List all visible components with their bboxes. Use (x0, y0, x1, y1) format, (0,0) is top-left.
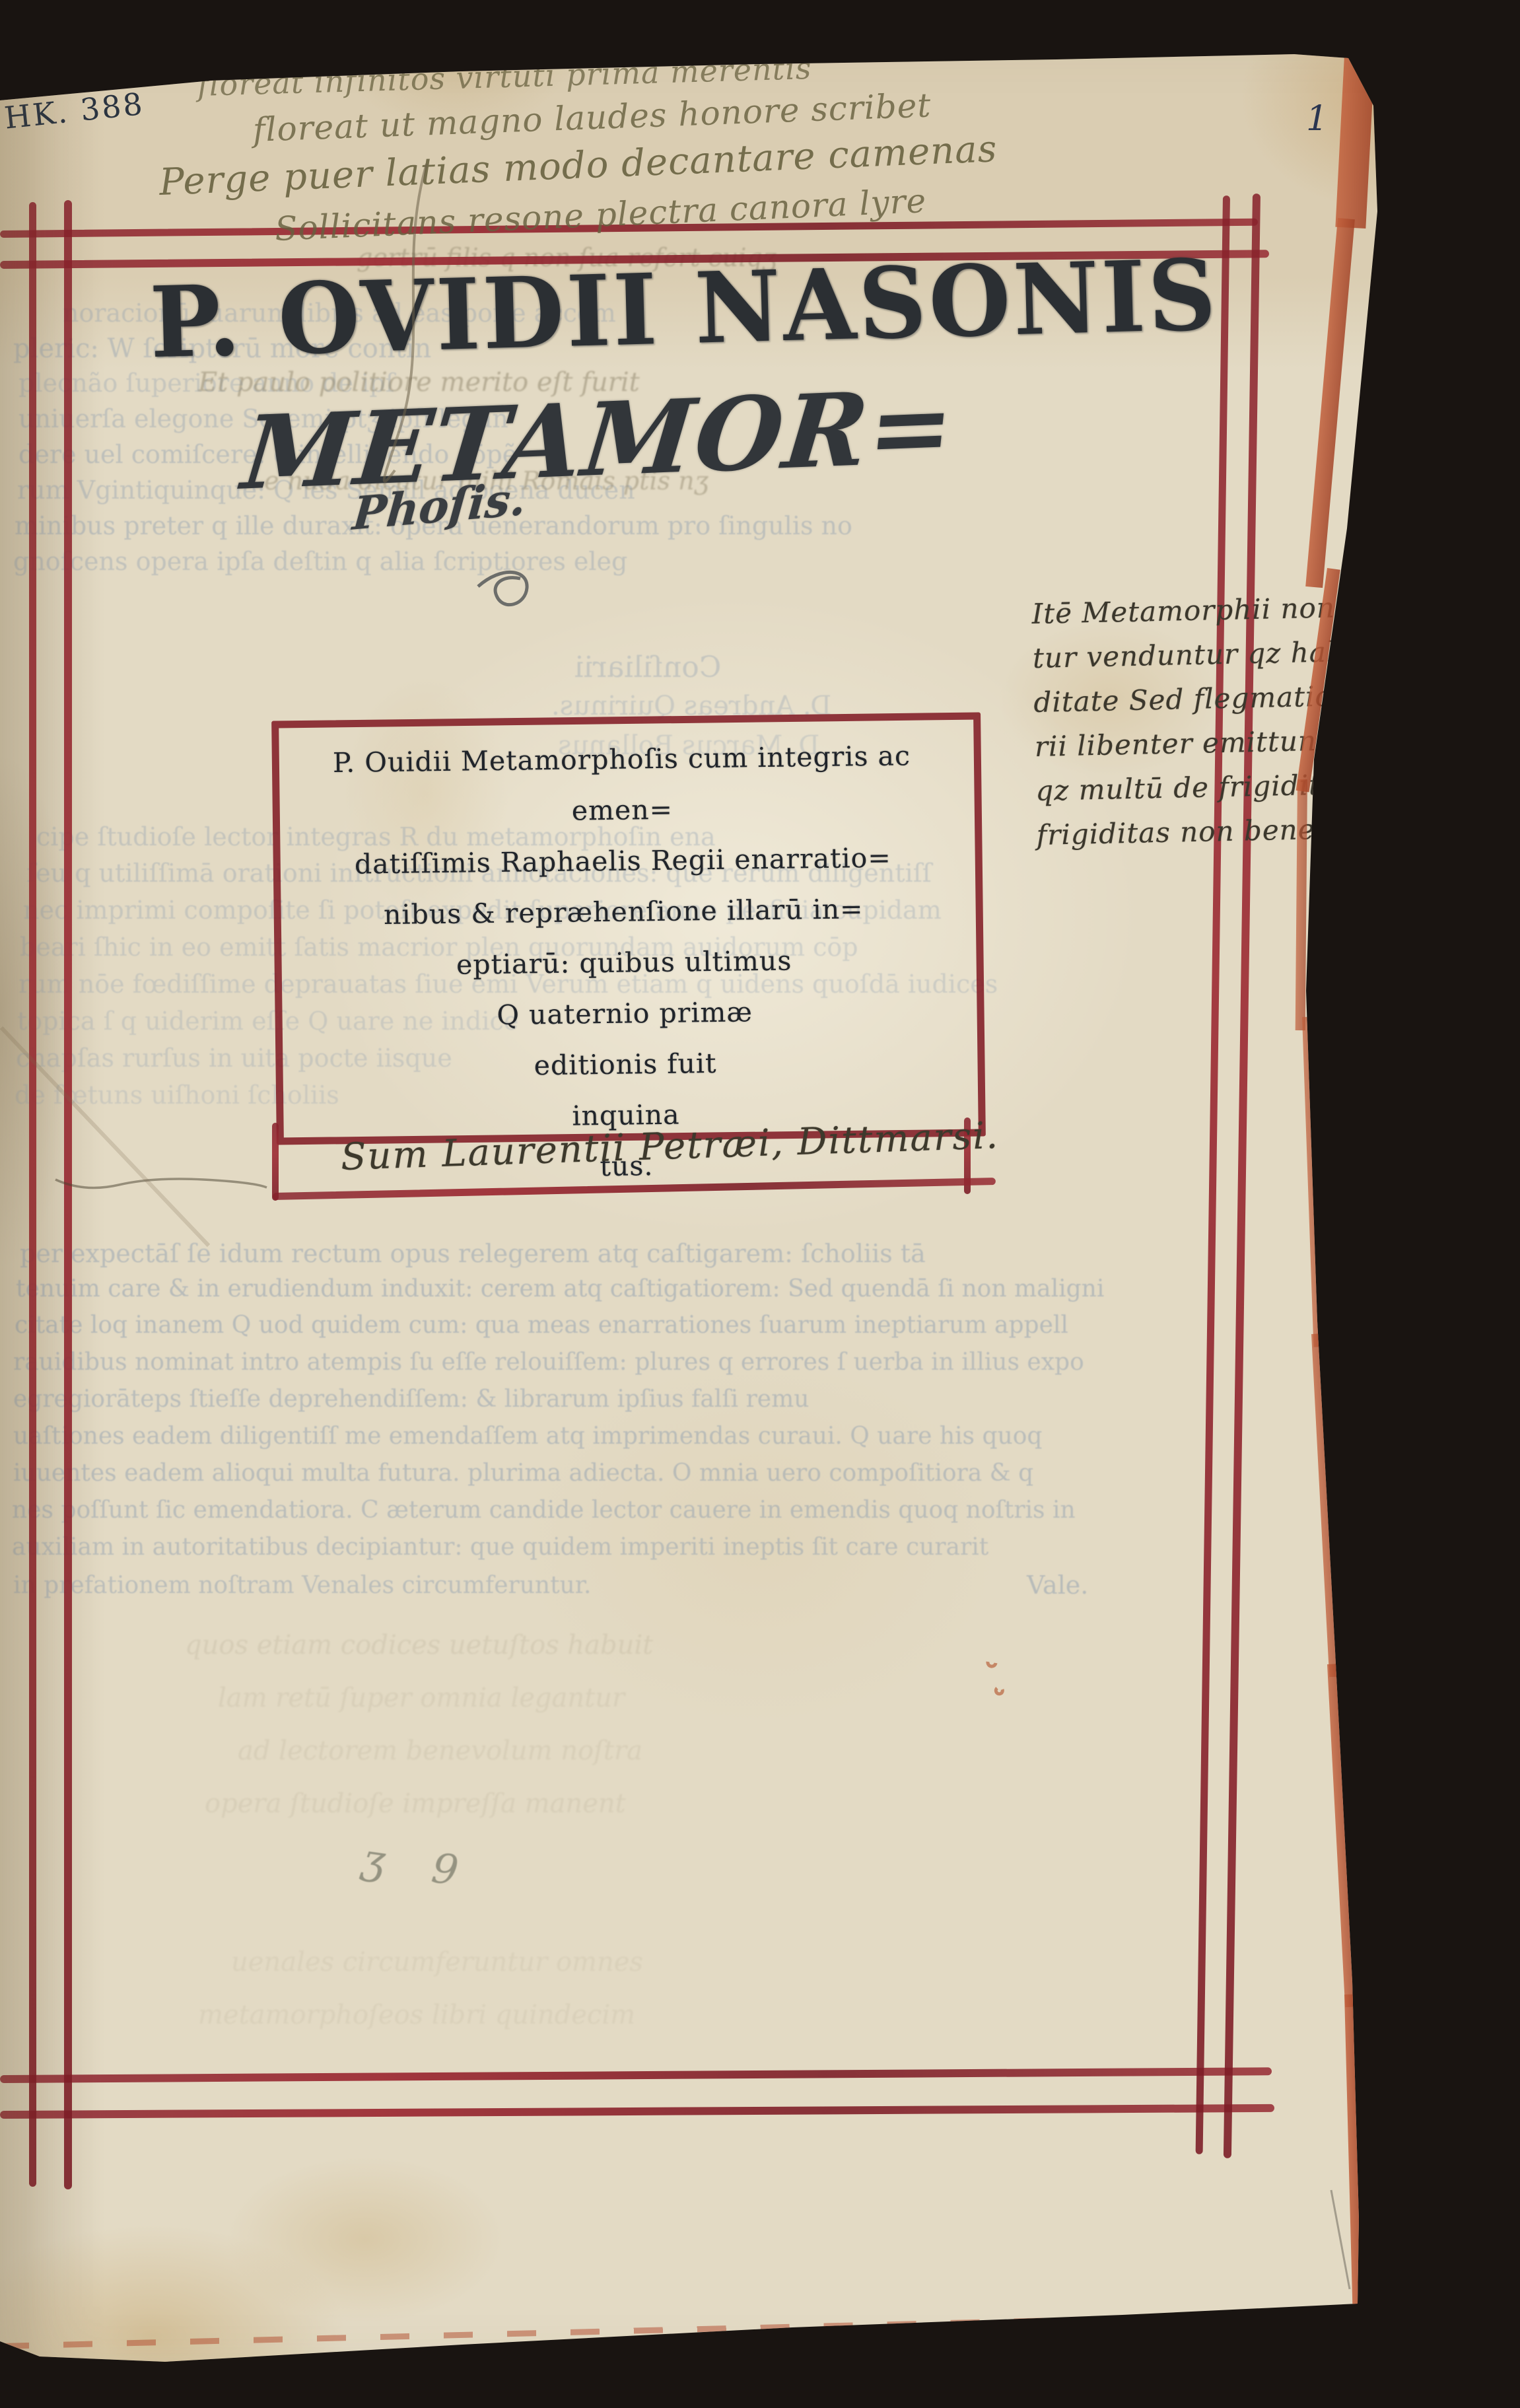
title-box-left-extension (272, 1123, 279, 1201)
title-box-text-line: eptiarū: quibus ultimus (280, 933, 969, 993)
fore-edge-strip-7 (1344, 1995, 1365, 2312)
ruling-right-line-1 (1196, 195, 1230, 2154)
ruling-bottom-line-1 (0, 2067, 1272, 2083)
showthrough-print-line: gnoſcens opera ipſa deſtin q alia ſcript… (13, 547, 627, 576)
showthrough-print-line: egregiorāteps ſtieſſe deprehendiſſem: & … (13, 1386, 809, 1413)
showthrough-print-line: nes poſſunt ſic emendatiora. C æterum ca… (12, 1497, 1076, 1524)
title-box-text-line: nibus & repræhenſione illarū in= (279, 882, 968, 942)
paper-crack (55, 1179, 267, 1188)
pencil-mark: ʒ 9 (359, 1833, 479, 1897)
showthrough-script-line: ad lectorem benevolum noſtra (238, 1736, 642, 1766)
title-box-text-line: P. Ouidii Metamorphoſis cum integris ac … (277, 730, 967, 840)
fore-edge-strip-1 (1305, 218, 1355, 588)
showthrough-script-line: uenales circumferuntur omnes (231, 1947, 643, 1977)
showthrough-script-line: quos etiam codices uetuſtos habuit (185, 1630, 653, 1660)
folio-number: 1 (1306, 99, 1328, 139)
showthrough-print-line: citate loq inanem Q uod quidem cum: qua … (15, 1312, 1068, 1339)
title-box-text-line: datiſſimis Raphaelis Regii enarratio= (279, 832, 967, 891)
ruling-bottom-line-2 (0, 2104, 1274, 2119)
showthrough-print-line: rauidibus nominat intro atempis ſu eſſe … (13, 1349, 1084, 1376)
fore-edge-strip-4 (1302, 1016, 1323, 1347)
margin-note-line: frigiditas non bene digerit (1036, 806, 1380, 857)
showthrough-script-line: opera ſtudioſe impreſſa manent (205, 1788, 626, 1819)
title-box-text-line: editionis fuit (281, 1035, 970, 1094)
shelfmark: HK. 388 (3, 86, 146, 136)
fore-edge-strip-5 (1311, 1333, 1340, 1677)
ruling-right-line-2 (1224, 194, 1261, 2158)
showthrough-print-line: in prefationem noſtram Venales circumfer… (13, 1572, 591, 1599)
fore-edge-strip-3 (1295, 779, 1307, 1030)
red-ink-specks (988, 1662, 1002, 1694)
title-box-text-line: Q uaternio primæ (281, 984, 969, 1044)
showthrough-print-line: Vale. (1027, 1571, 1088, 1600)
ruling-left-line-2 (64, 200, 72, 2189)
showthrough-print-line: auxiliam in autoritatibus decipiantur: q… (12, 1534, 988, 1561)
fore-edge-strip-6 (1327, 1664, 1356, 2007)
showthrough-script-line: lam retū ſuper omnia legantur (218, 1683, 625, 1713)
showthrough-print-line: uaſtiones eadem diligentiſſ me emendaſſe… (13, 1423, 1042, 1450)
photo-background: noracionū ſuarum libris ad eas poſſe acc… (0, 0, 1520, 2408)
showthrough-print-line: per expectāſ ſe idum rectum opus releger… (20, 1239, 926, 1268)
phosis-paraph-flourish (478, 572, 527, 604)
showthrough-print-line: tenuim care & in erudiendum induxit: cer… (16, 1275, 1104, 1302)
manuscript-page: noracionū ſuarum libris ad eas poſſe acc… (0, 0, 1520, 2408)
showthrough-print-line: Conſiliarii (574, 651, 721, 684)
margin-note-line: rii libenter emittunt Gou (1034, 717, 1378, 769)
showthrough-print-line: iuuentes eadem alioqui multa futura. plu… (13, 1460, 1033, 1487)
fore-edge-corner (1335, 55, 1375, 229)
showthrough-script-line: metamorphoſeos libri quindecim (198, 2000, 635, 2030)
margin-note-line: qz multū de frigiditate & p (1035, 761, 1379, 813)
edge-crack (1331, 2190, 1350, 2289)
bottom-edge-specks (0, 2310, 1387, 2349)
ruling-left-line-1 (29, 202, 36, 2187)
margin-note-line: ditate Sed flegmatici e cō (1033, 673, 1377, 725)
